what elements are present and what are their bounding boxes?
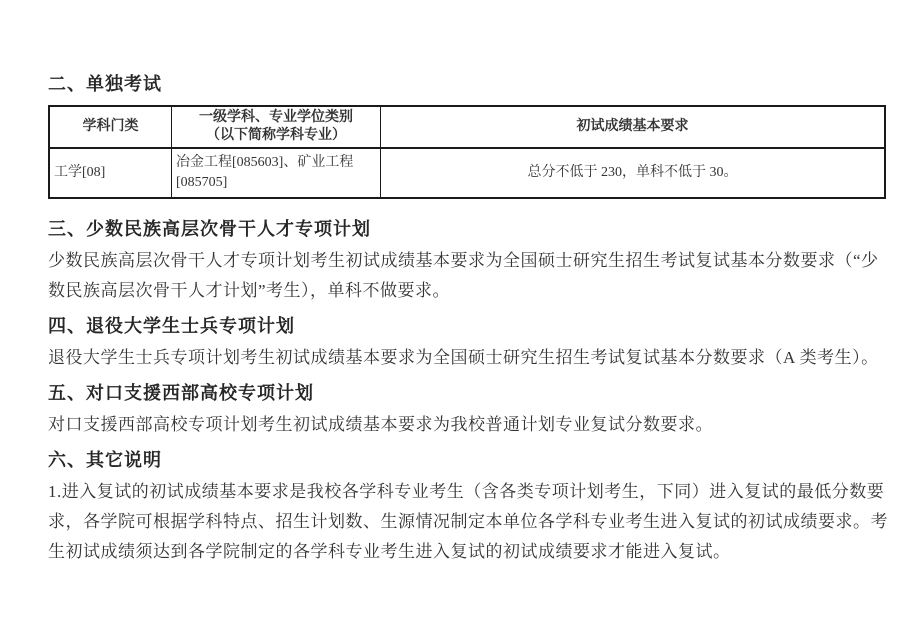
cell-majors: 冶金工程[085603]、矿业工程[085705] — [172, 148, 381, 198]
section-6-paragraph: 1.进入复试的初试成绩基本要求是我校各学科专业考生（含各类专项计划考生，下同）进… — [48, 477, 888, 567]
cell-score-requirement: 总分不低于 230，单科不低于 30。 — [381, 148, 886, 198]
document-page: 二、单独考试 学科门类 一级学科、专业学位类别 （以下简称学科专业） 初试成绩基… — [0, 0, 899, 635]
section-4-heading: 四、退役大学生士兵专项计划 — [48, 314, 888, 338]
table-head: 学科门类 一级学科、专业学位类别 （以下简称学科专业） 初试成绩基本要求 — [49, 106, 885, 148]
cell-discipline-category: 工学[08] — [49, 148, 172, 198]
section-6-heading: 六、其它说明 — [48, 448, 888, 472]
section-3-heading: 三、少数民族高层次骨干人才专项计划 — [48, 217, 888, 241]
table-header-row: 学科门类 一级学科、专业学位类别 （以下简称学科专业） 初试成绩基本要求 — [49, 106, 885, 148]
section-3-paragraph: 少数民族高层次骨干人才专项计划考生初试成绩基本要求为全国硕士研究生招生考试复试基… — [48, 246, 888, 306]
section-4-paragraph: 退役大学生士兵专项计划考生初试成绩基本要求为全国硕士研究生招生考试复试基本分数要… — [48, 343, 888, 373]
section-2-heading: 二、单独考试 — [48, 72, 888, 96]
column-header-major-type: 一级学科、专业学位类别 （以下简称学科专业） — [172, 106, 381, 148]
section-5-heading: 五、对口支援西部高校专项计划 — [48, 381, 888, 405]
column-header-score-requirement: 初试成绩基本要求 — [381, 106, 886, 148]
table-row: 工学[08] 冶金工程[085603]、矿业工程[085705] 总分不低于 2… — [49, 148, 885, 198]
spacer — [48, 199, 888, 209]
column-header-major-type-line1: 一级学科、专业学位类别 — [176, 109, 376, 127]
column-header-major-type-line2: （以下简称学科专业） — [176, 127, 376, 145]
table-body: 工学[08] 冶金工程[085603]、矿业工程[085705] 总分不低于 2… — [49, 148, 885, 198]
section-5-paragraph: 对口支援西部高校专项计划考生初试成绩基本要求为我校普通计划专业复试分数要求。 — [48, 410, 888, 440]
column-header-discipline-category: 学科门类 — [49, 106, 172, 148]
score-requirements-table: 学科门类 一级学科、专业学位类别 （以下简称学科专业） 初试成绩基本要求 工学[… — [48, 105, 886, 199]
